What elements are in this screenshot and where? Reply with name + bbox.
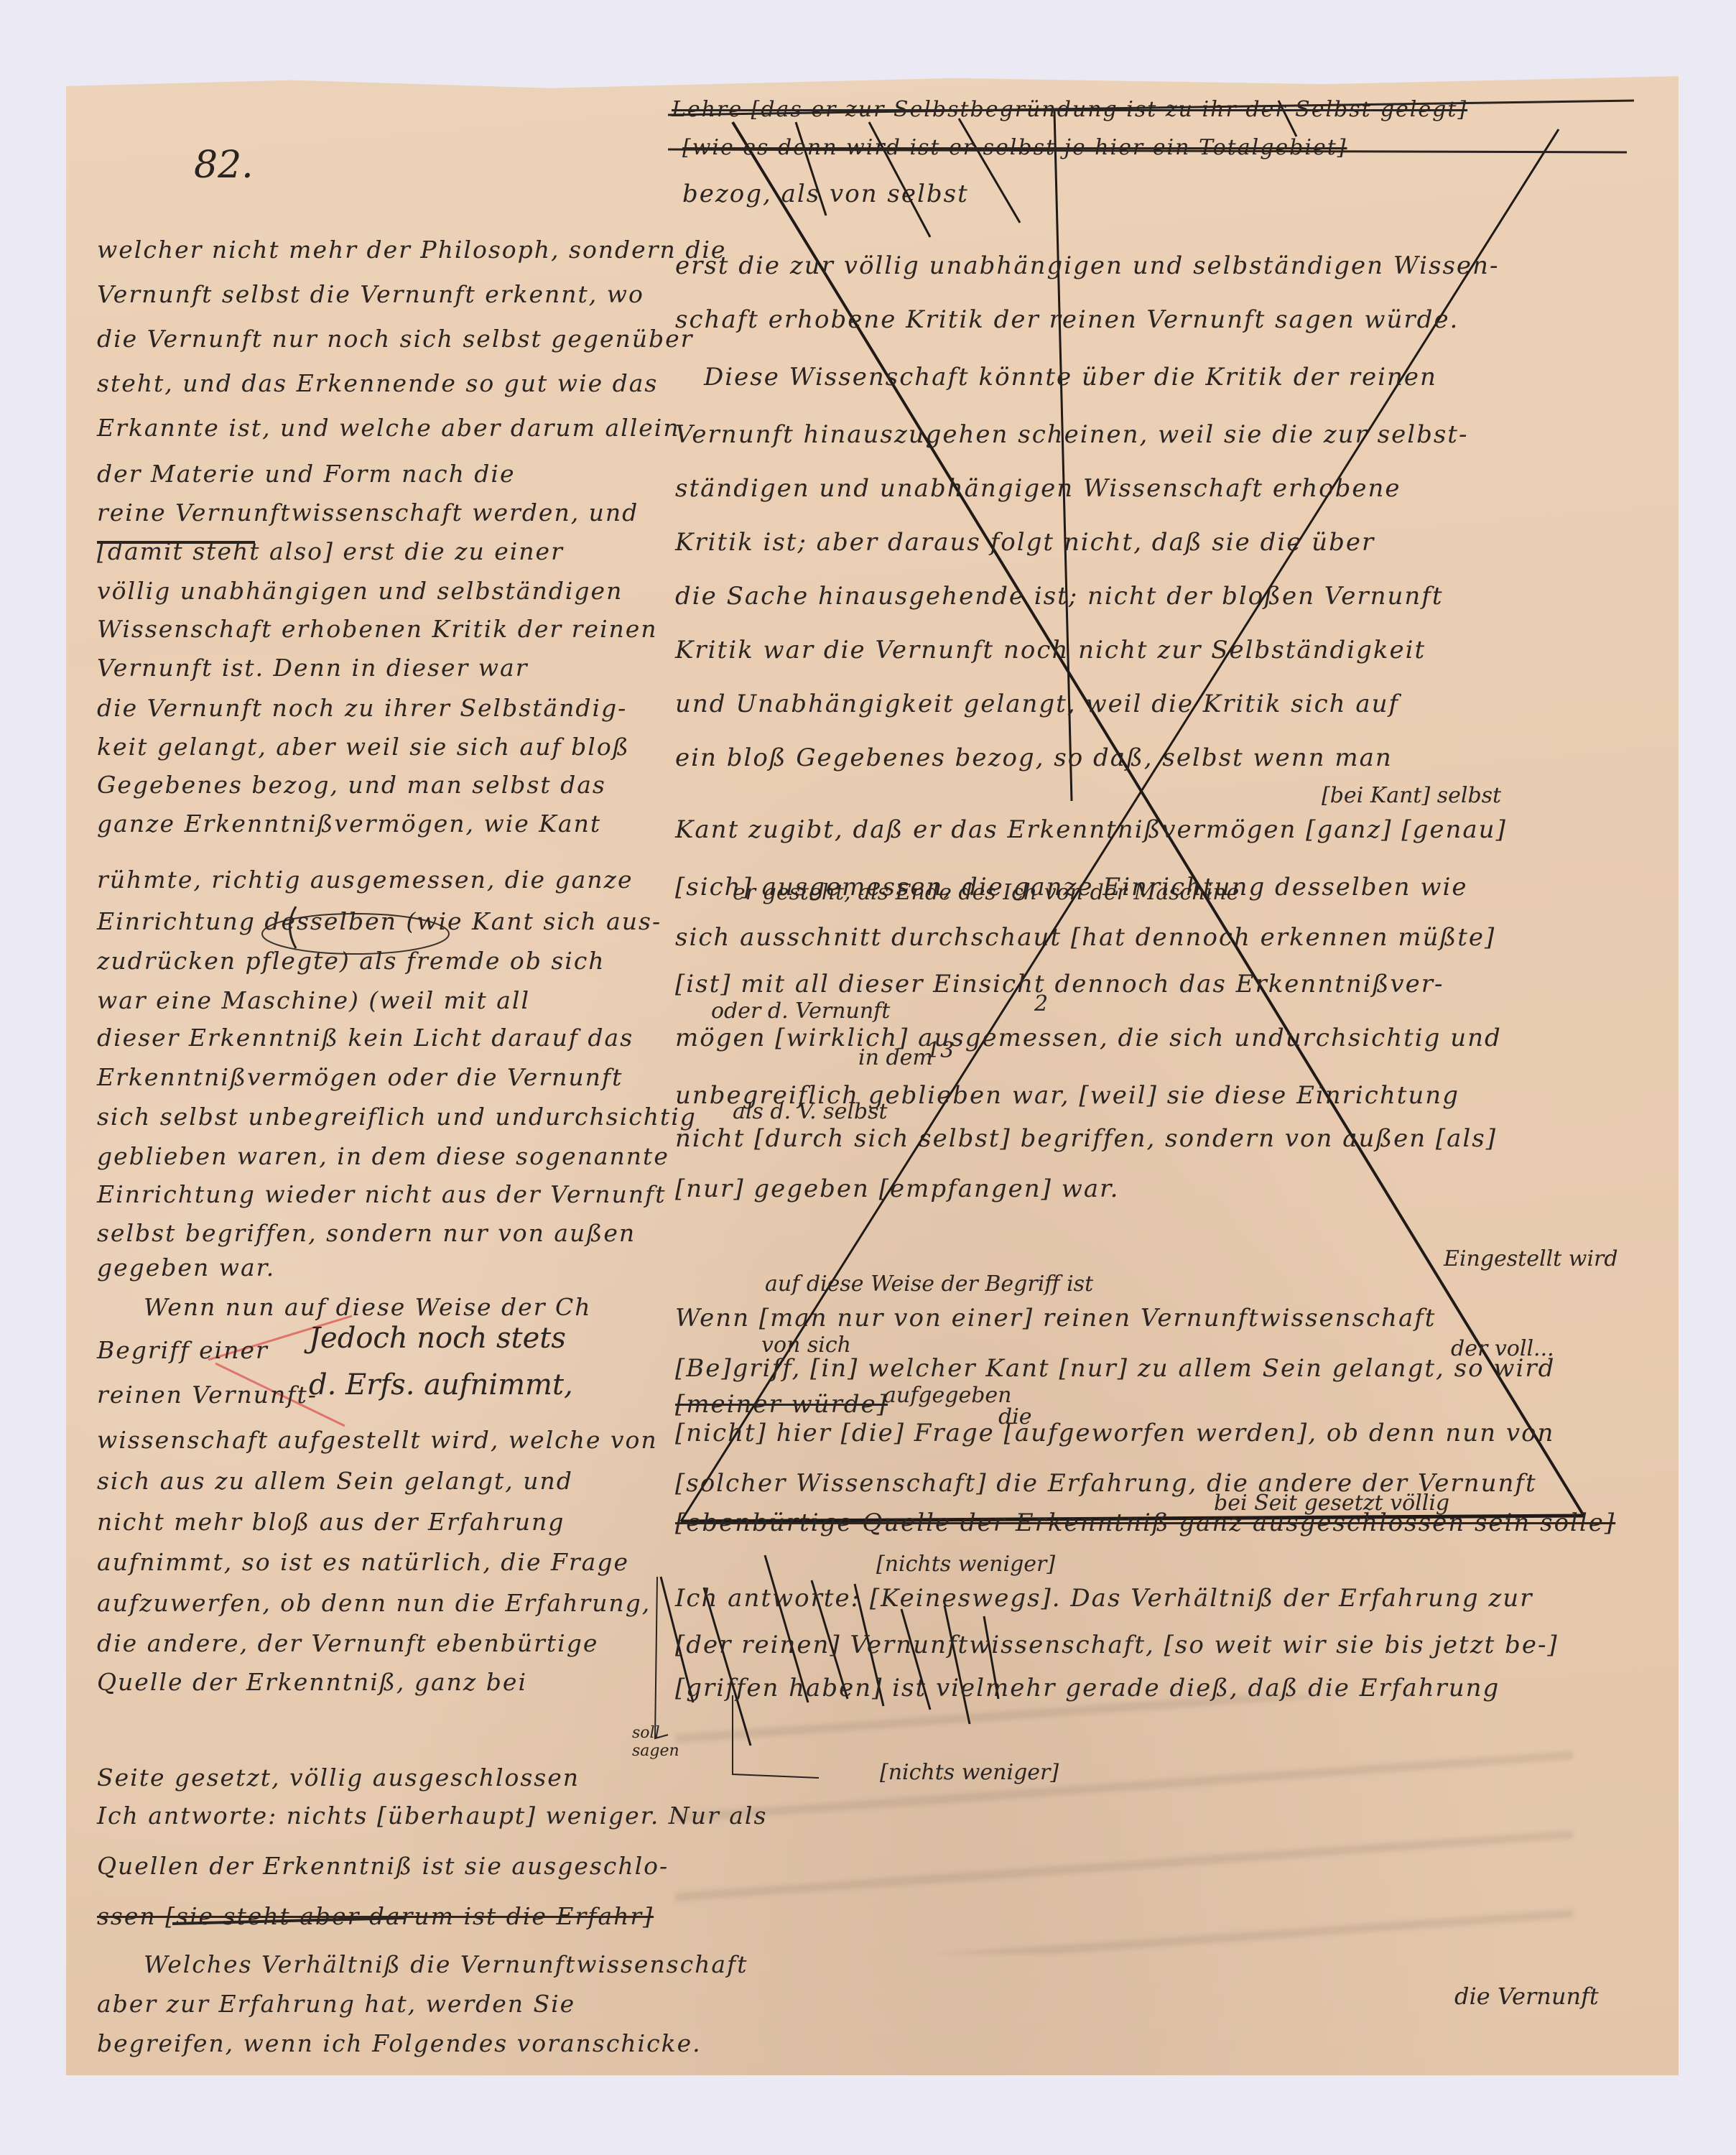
interlinear-insert: er gesteht, als Ende des Ich von der Mas… [733, 880, 1239, 905]
interlinear-insert: auf diese Weise der Begriff ist [765, 1271, 1093, 1297]
text-line: die andere, der Vernunft ebenbürtige [97, 1629, 598, 1657]
text-line: Ich antworte: nichts [überhaupt] weniger… [97, 1802, 767, 1830]
text-line: [griffen haben] ist vielmehr gerade dieß… [675, 1674, 1500, 1702]
bleed-through-text [675, 1695, 1573, 1954]
interlinear-insert: die [998, 1404, 1032, 1429]
text-line: die Vernunft noch zu ihrer Selbständig- [97, 694, 627, 722]
text-line: Kant zugibt, daß er das Erkenntnißvermög… [675, 815, 1507, 844]
text-line: begreifen, wenn ich Folgendes voranschic… [97, 2029, 702, 2057]
text-line: Einrichtung desselben (wie Kant sich aus… [97, 907, 662, 935]
margin-note: soll [632, 1724, 660, 1742]
text-line: Quellen der Erkenntniß ist sie ausgeschl… [97, 1852, 669, 1880]
text-line: aufnimmt, so ist es natürlich, die Frage [97, 1548, 629, 1576]
text-line: gegeben war. [97, 1253, 275, 1282]
interlinear-insert: in dem [858, 1045, 933, 1070]
text-line: die Sache hinausgehende ist; nicht der b… [675, 582, 1444, 611]
text-line: erst die zur völlig unabhängigen und sel… [675, 251, 1499, 280]
interlinear-insert: [nichts weniger] [880, 1760, 1059, 1785]
text-line-struck: [ebenbürtige Quelle der Erkenntniß ganz … [675, 1508, 1615, 1537]
text-line: selbst begriffen, sondern nur von außen [97, 1219, 636, 1247]
interlinear-insert: oder d. Vernunft [711, 998, 890, 1024]
text-line: schaft erhobene Kritik der reinen Vernun… [675, 305, 1459, 334]
text-line: nicht mehr bloß aus der Erfahrung [97, 1508, 565, 1536]
text-line-struck: [meiner würde] [675, 1390, 888, 1419]
text-line: Wissenschaft erhobenen Kritik der reinen [97, 615, 658, 643]
crossed-header-line: [wie es denn wird ist er selbst je hier … [682, 135, 1347, 160]
text-line: rühmte, richtig ausgemessen, die ganze [97, 866, 633, 894]
text-line: war eine Maschine) (weil mit all [97, 986, 530, 1014]
text-line: ständigen und unabhängigen Wissenschaft … [675, 474, 1401, 503]
text-line: [Be]griff, [in] welcher Kant [nur] zu al… [675, 1354, 1555, 1383]
text-line: keit gelangt, aber weil sie sich auf blo… [97, 733, 630, 761]
text-line: Diese Wissenschaft könnte über die Kriti… [704, 363, 1437, 391]
text-line: [der reinen] Vernunftwissenschaft, [so w… [675, 1631, 1559, 1659]
text-line: wissenschaft aufgestellt wird, welche vo… [97, 1426, 658, 1454]
interlinear-insert: 13 [927, 1038, 954, 1063]
text-line: der Materie und Form nach die [97, 460, 516, 488]
interlinear-insert: [bei Kant] selbst [1322, 783, 1501, 808]
interlinear-insert: bei Seit gesetzt völlig [1214, 1491, 1449, 1516]
text-line: [ist] mit all dieser Einsicht dennoch da… [675, 970, 1444, 998]
text-line-struck: ssen [sie steht aber darum ist die Erfah… [97, 1902, 654, 1930]
text-line: Seite gesetzt, völlig ausgeschlossen [97, 1764, 580, 1792]
text-line: sich selbst unbegreiflich und undurchsic… [97, 1103, 697, 1131]
interlinear-insert: von sich [761, 1333, 851, 1358]
text-line: Einrichtung wieder nicht aus der Vernunf… [97, 1180, 667, 1208]
text-line: Vernunft hinauszugehen scheinen, weil si… [675, 420, 1468, 449]
text-line: völlig unabhängigen und selbständigen [97, 577, 623, 605]
margin-note: sagen [632, 1742, 679, 1760]
text-line: Welches Verhältniß die Vernunftwissensch… [144, 1950, 748, 1978]
catchword: die Vernunft [1454, 1983, 1599, 2010]
text-line: Erkannte ist, und welche aber darum alle… [97, 414, 680, 442]
text-line: aufzuwerfen, ob denn nun die Erfahrung, [97, 1589, 651, 1617]
text-line: zudrücken pflegte) als fremde ob sich [97, 947, 605, 975]
interlinear-insert: Jedoch noch stets [309, 1322, 566, 1355]
text-line: mögen [wirklich] ausgemessen, die sich u… [675, 1024, 1502, 1052]
margin-note: der voll... [1451, 1336, 1554, 1361]
text-line: Quelle der Erkenntniß, ganz bei [97, 1668, 527, 1696]
text-line: ein bloß Gegebenes bezog, so daß, selbst… [675, 743, 1393, 772]
crossed-header-line: Lehre [das er zur Selbstbegründung ist z… [672, 97, 1467, 122]
text-line: steht, und das Erkennende so gut wie das [97, 369, 658, 397]
margin-note: Eingestellt wird [1444, 1246, 1618, 1271]
interlinear-insert: d. Erfs. aufnimmt, [309, 1368, 573, 1401]
crossed-header-line: bezog, als von selbst [682, 180, 969, 208]
text-line: nicht [durch sich selbst] begriffen, son… [675, 1124, 1497, 1153]
text-line: Kritik ist; aber daraus folgt nicht, daß… [675, 528, 1375, 557]
interlinear-insert: als d. V. selbst [733, 1099, 888, 1124]
text-line: sich aus zu allem Sein gelangt, und [97, 1467, 573, 1495]
text-line: dieser Erkenntniß kein Licht darauf das [97, 1024, 633, 1052]
text-line: Begriff einer [97, 1336, 269, 1364]
text-line: ganze Erkenntnißvermögen, wie Kant [97, 810, 601, 838]
folio-number: 82. [194, 144, 254, 187]
text-line: [nicht] hier [die] Frage [aufgeworfen we… [675, 1419, 1554, 1447]
text-line: Gegebenes bezog, und man selbst das [97, 771, 606, 799]
text-line: die Vernunft nur noch sich selbst gegenü… [97, 325, 693, 353]
text-line: und Unabhängigkeit gelangt, weil die Kri… [675, 690, 1399, 718]
interlinear-insert: [nichts weniger] [876, 1552, 1055, 1577]
text-line: Vernunft ist. Denn in dieser war [97, 654, 528, 682]
text-line: reinen Vernunft- [97, 1381, 317, 1409]
text-line: Vernunft selbst die Vernunft erkennt, wo [97, 280, 644, 308]
text-line: Erkenntnißvermögen oder die Vernunft [97, 1063, 623, 1091]
text-line: sich ausschnitt durchschaut [hat dennoch… [675, 923, 1495, 952]
interlinear-insert: aufgegeben [883, 1383, 1012, 1408]
text-line: Kritik war die Vernunft noch nicht zur S… [675, 636, 1426, 664]
text-line: aber zur Erfahrung hat, werden Sie [97, 1990, 575, 2018]
text-line: Wenn [man nur von einer] reinen Vernunft… [675, 1304, 1436, 1333]
text-line: [damit steht also] erst die zu einer [97, 537, 564, 565]
text-line: Ich antworte: [Keineswegs]. Das Verhältn… [675, 1584, 1533, 1613]
text-line: reine Vernunftwissenschaft werden, und [97, 499, 639, 527]
text-line: [nur] gegeben [empfangen] war. [675, 1174, 1119, 1203]
text-line: geblieben waren, in dem diese sogenannte [97, 1142, 669, 1170]
text-line: welcher nicht mehr der Philosoph, sonder… [97, 236, 726, 264]
interlinear-insert: 2 [1034, 991, 1048, 1016]
text-line: Wenn nun auf diese Weise der Ch [144, 1293, 591, 1321]
